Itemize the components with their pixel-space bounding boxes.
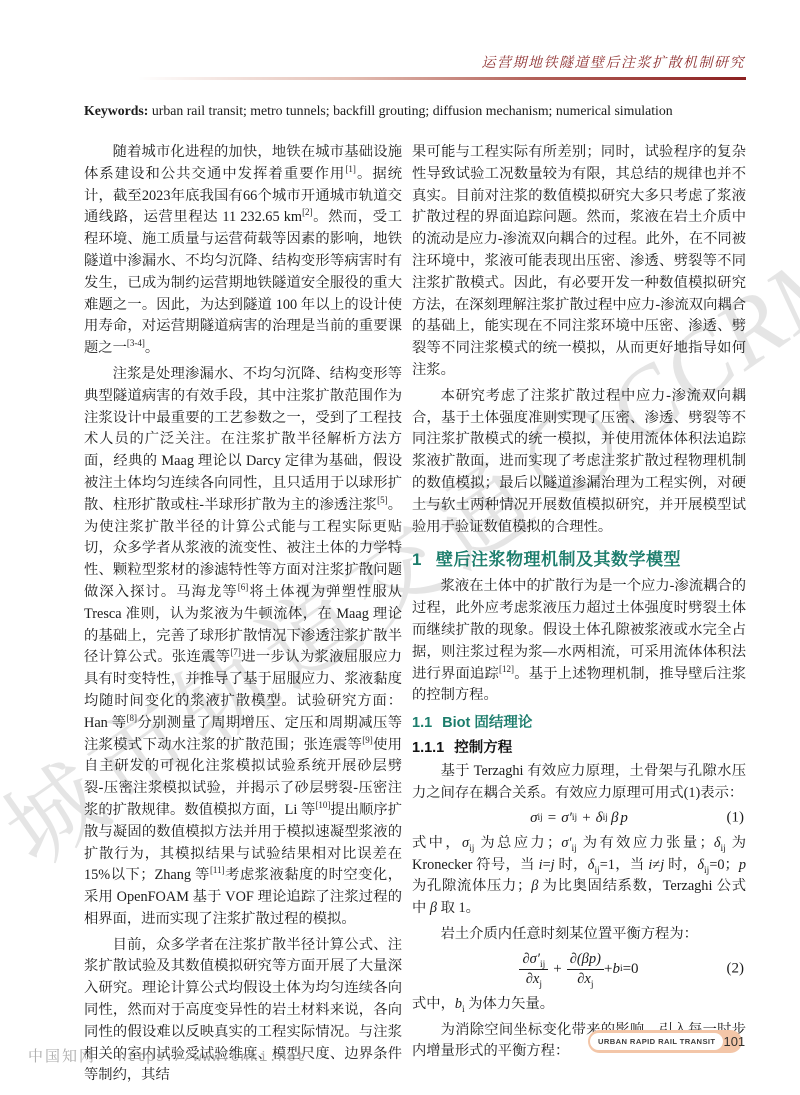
- paragraph-intro: 随着城市化进程的加快，地铁在城市基础设施体系建设和公共交通中发挥着重要作用[1]…: [84, 142, 402, 360]
- math-symbol: ∂σ′: [522, 951, 540, 967]
- math-symbol: ∂x: [577, 971, 591, 987]
- math-fraction: ∂σ′ij∂xj: [519, 951, 548, 988]
- math-operator: =: [548, 810, 556, 827]
- math-subscript: ij: [540, 960, 545, 970]
- math-symbol: p: [620, 810, 628, 827]
- cnki-site-name: 中国知网: [28, 1049, 96, 1065]
- section-number: 1.1.1: [412, 740, 444, 756]
- section-number: 1.1: [412, 715, 432, 731]
- paper-page: 城市轨道交通CCRM 运营期地铁隧道壁后注浆扩散机制研究 Keywords: u…: [0, 0, 800, 1095]
- equation-2-body: ∂σ′ij∂xj + ∂(βp)∂xj +bi=0: [519, 951, 638, 988]
- section-title: 控制方程: [454, 740, 512, 756]
- equation-1-body: σij=σ′ij+δijβp: [530, 810, 628, 827]
- math-symbol: ∂x: [526, 971, 540, 987]
- math-symbol: σ′: [561, 810, 572, 827]
- math-operator: =0: [623, 961, 639, 978]
- journal-badge-label: URBAN RAPID RAIL TRANSIT: [590, 1033, 723, 1050]
- section-heading-1-1-1: 1.1.1控制方程: [412, 736, 746, 757]
- math-fraction: ∂(βp)∂xj: [567, 951, 604, 988]
- math-operator: +: [604, 961, 612, 978]
- math-symbol: β: [611, 810, 618, 827]
- keywords-line: Keywords: urban rail transit; metro tunn…: [84, 103, 746, 119]
- math-symbol: σ: [530, 810, 537, 827]
- right-column: 果可能与工程实际有所差别；同时，试验程序的复杂性导致试验工况数量较为有限，其总结…: [412, 142, 746, 1067]
- paragraph-equilibrium-lead: 岩土介质内任意时刻某位置平衡方程为：: [412, 924, 746, 946]
- paragraph-study-overview: 本研究考虑了注浆扩散过程中应力-渗流双向耦合，基于土体强度准则实现了压密、渗透、…: [412, 386, 746, 539]
- math-operator: +: [553, 961, 561, 978]
- paragraph-mechanism: 浆液在土体中的扩散行为是一个应力-渗流耦合的过程，此外应考虑浆液压力超过土体强度…: [412, 576, 746, 707]
- paragraph-literature: 注浆是处理渗漏水、不均匀沉降、结构变形等典型隧道病害的有效手段，其中注浆扩散范围…: [84, 364, 402, 931]
- section-heading-1-1: 1.1Biot 固结理论: [412, 711, 746, 732]
- page-number: 101: [723, 1034, 745, 1049]
- section-title: 壁后注浆物理机制及其数学模型: [436, 550, 681, 569]
- paragraph-terzaghi: 基于 Terzaghi 有效应力原理，土骨架与孔隙水压力之间存在耦合关系。有效应…: [412, 761, 746, 805]
- section-number: 1: [412, 550, 422, 569]
- running-title: 运营期地铁隧道壁后注浆扩散机制研究: [482, 52, 746, 72]
- section-heading-1: 1壁后注浆物理机制及其数学模型: [412, 545, 746, 570]
- math-operator: +: [582, 810, 590, 827]
- math-subscript: j: [539, 980, 542, 990]
- equation-2: ∂σ′ij∂xj + ∂(βp)∂xj +bi=0 (2): [412, 951, 746, 988]
- cnki-footer: 中国知网https://www.cnki.net: [28, 1045, 306, 1066]
- paragraph-gap-analysis-cont: 果可能与工程实际有所差别；同时，试验程序的复杂性导致试验工况数量较为有限，其总结…: [412, 142, 746, 382]
- header-rule-divider: [138, 77, 746, 80]
- left-column: 随着城市化进程的加快，地铁在城市基础设施体系建设和公共交通中发挥着重要作用[1]…: [84, 142, 402, 1091]
- equation-2-number: (2): [727, 961, 745, 978]
- math-subscript: j: [591, 980, 594, 990]
- math-symbol: δ: [596, 810, 603, 827]
- journal-badge: URBAN RAPID RAIL TRANSIT 101: [588, 1030, 742, 1053]
- section-title: Biot 固结理论: [442, 715, 532, 731]
- keywords-label: Keywords:: [84, 103, 148, 118]
- equation-1-number: (1): [727, 810, 745, 827]
- math-symbol: ∂(βp): [570, 951, 601, 967]
- equation-1: σij=σ′ij+δijβp (1): [412, 810, 746, 827]
- keywords-text: urban rail transit; metro tunnels; backf…: [148, 103, 672, 118]
- math-symbol: b: [612, 961, 620, 978]
- cnki-site-url: https://www.cnki.net: [118, 1050, 306, 1066]
- paragraph-eq1-notation: 式中，σij 为总应力；σ′ij 为有效应力张量；δij 为 Kronecker…: [412, 833, 746, 920]
- paragraph-eq2-notation: 式中，bi 为体力矢量。: [412, 994, 746, 1016]
